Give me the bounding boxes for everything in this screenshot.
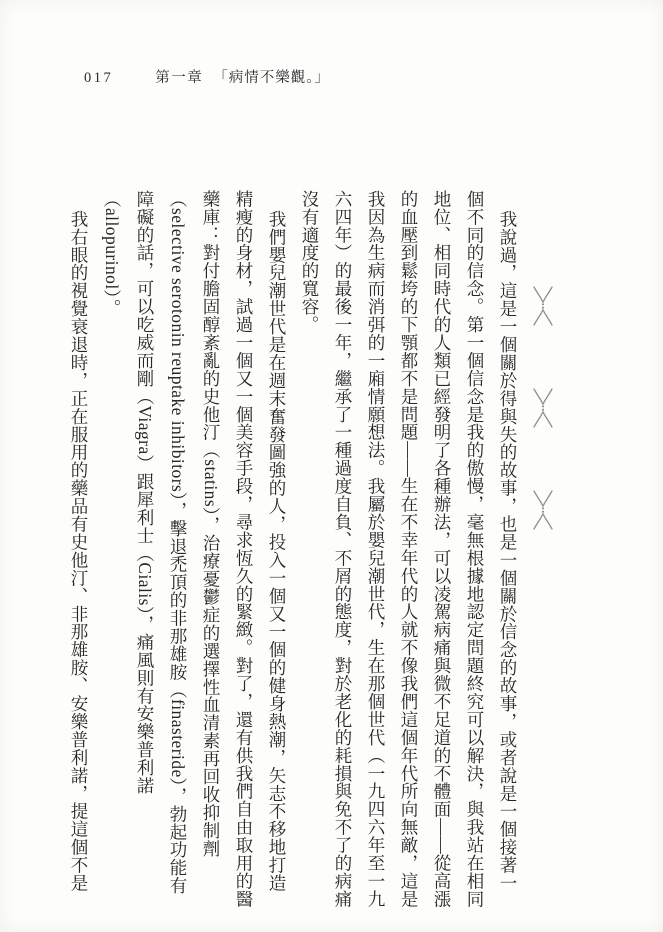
paragraph-2: 我們嬰兒潮世代是在週末奮發圖強的人，投入一個又一個的健身熱潮，矢志不移地打造精瘦… [95,190,293,908]
book-page: 017第一章「病情不樂觀。」 [0,0,663,932]
margin-ornaments [532,286,554,592]
paragraph-1: 我說過，這是一個關於得與失的故事，也是一個關於信念的故事，或者說是一個接著一個不… [293,190,524,908]
chapter-title: 「病情不樂觀。」 [213,70,330,86]
page-header: 017第一章「病情不樂觀。」 [84,68,330,88]
body-text: 我說過，這是一個關於得與失的故事，也是一個關於信念的故事，或者說是一個接著一個不… [62,190,524,908]
paragraph-3: 我右眼的視覺衰退時，正在服用的藥品有史他汀、非那雄胺、安樂普利諾，提這個不是 [62,190,95,908]
hourglass-fleuron-icon [532,490,554,530]
hourglass-fleuron-icon [532,388,554,428]
chapter-number: 第一章 [155,70,203,86]
hourglass-fleuron-icon [532,286,554,326]
page-number: 017 [84,70,113,86]
